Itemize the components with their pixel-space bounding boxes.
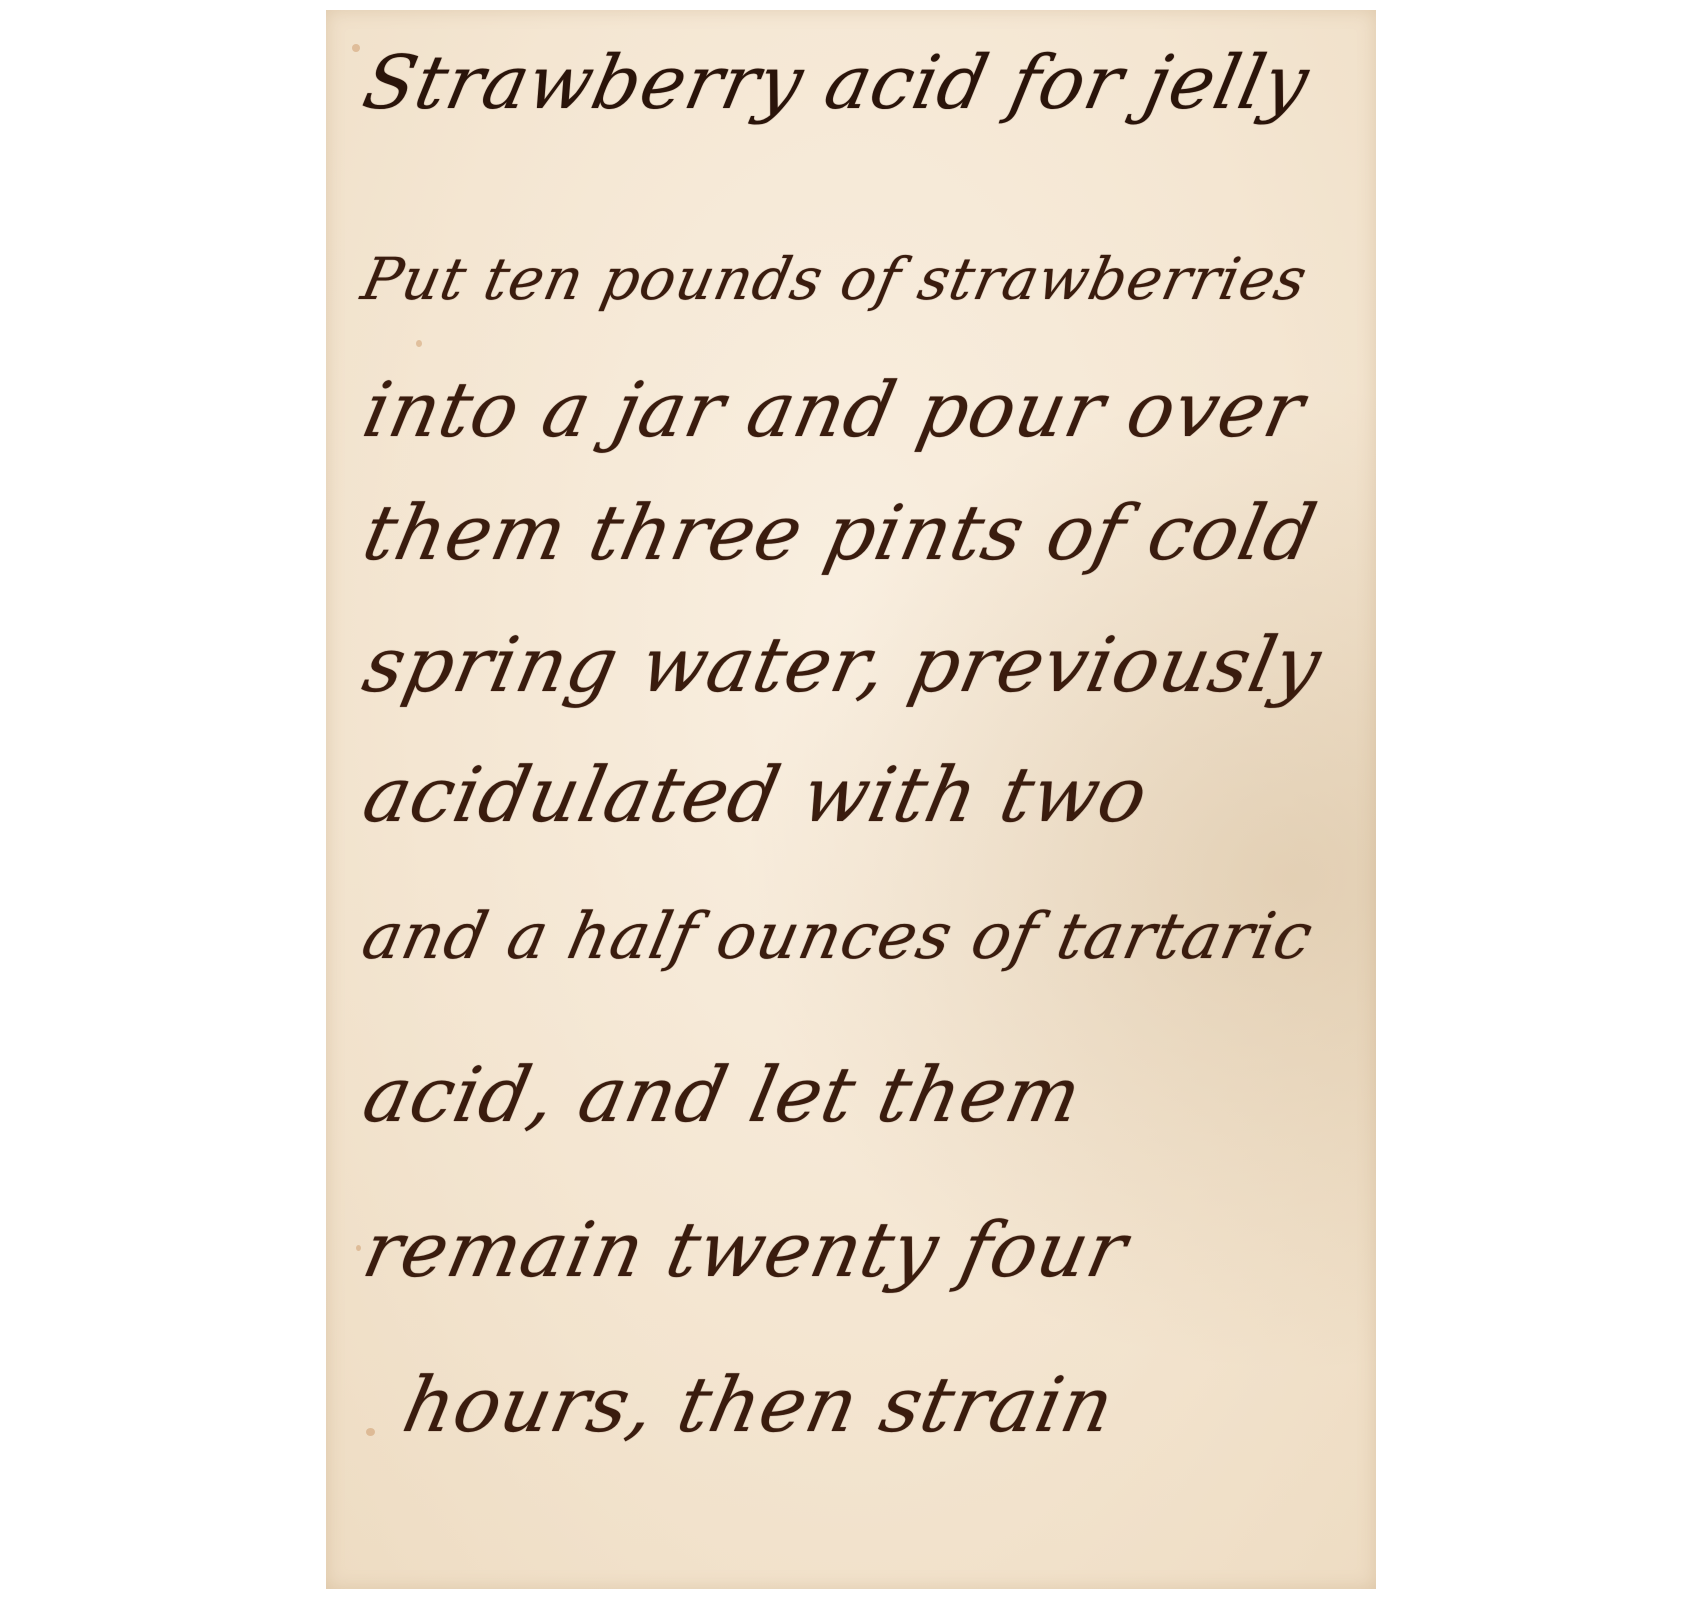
manuscript-page: Strawberry acid for jelly Put ten pounds… <box>326 10 1376 1589</box>
text-line: acid, and let them <box>356 1050 1090 1139</box>
text-line: hours, then strain <box>396 1360 1122 1449</box>
text-line: them three pints of cold <box>356 488 1324 577</box>
text-line: acidulated with two <box>356 750 1156 839</box>
text-line: spring water, previously <box>356 620 1329 709</box>
text-line: and a half ounces of tartaric <box>356 900 1319 974</box>
text-line: Put ten pounds of strawberries <box>356 245 1313 313</box>
text-line: remain twenty four <box>356 1205 1135 1294</box>
recipe-title: Strawberry acid for jelly <box>356 40 1317 126</box>
text-line: into a jar and pour over <box>356 365 1312 454</box>
handwritten-text: Strawberry acid for jelly Put ten pounds… <box>326 10 1376 1589</box>
